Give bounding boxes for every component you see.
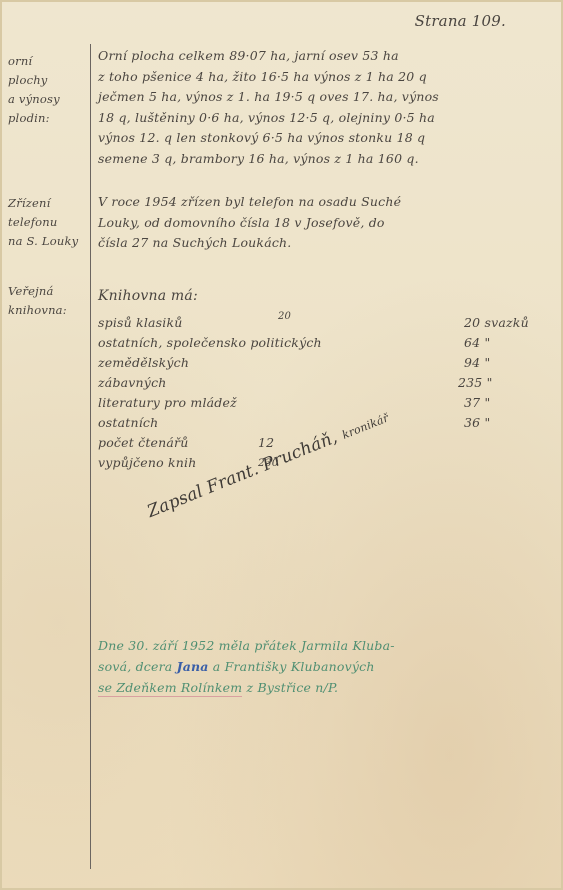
library-row: literatury pro mládež 37 " <box>98 393 548 413</box>
loaned-label: vypůjčeno knih <box>98 453 196 474</box>
note-underlined-name: se Zdeňkem Rolínkem <box>98 680 242 697</box>
library-row: zemědělských 94 " <box>98 353 548 373</box>
library-heading: Knihovna má: <box>98 286 548 307</box>
side-label-line: knihovna: <box>8 301 88 320</box>
library-row: ostatních 36 " <box>98 413 548 433</box>
side-label-line: telefonu <box>8 213 88 232</box>
readers-label: počet čtenářů <box>98 433 188 454</box>
text-line: Louky, od domovního čísla 18 v Josefově,… <box>98 213 548 234</box>
margin-rule <box>90 44 91 869</box>
note-text: a Františky Klubanových <box>209 659 375 674</box>
note-text: sová, dcera <box>98 659 177 674</box>
row-label: spisů klasiků <box>98 313 183 334</box>
text-line: čísla 27 na Suchých Loukách. <box>98 233 548 254</box>
row-value: 20 svazků <box>464 313 529 334</box>
crops-section: Orní plocha celkem 89·07 ha, jarní osev … <box>98 46 548 169</box>
library-row: zábavných 235 " <box>98 373 548 393</box>
row-value: 36 " <box>464 413 490 434</box>
library-row: ostatních, společensko politických 64 " <box>98 333 548 353</box>
text-line: 18 q, luštěniny 0·6 ha, výnos 12·5 q, ol… <box>98 108 548 129</box>
library-row: spisů klasiků 20 20 svazků <box>98 313 548 333</box>
side-label-line: plodin: <box>8 109 88 128</box>
note-line: sová, dcera Jana a Františky Klubanových <box>98 656 548 677</box>
row-note: 20 <box>278 307 291 328</box>
side-label-line: Veřejná <box>8 282 88 301</box>
row-label: ostatních <box>98 413 158 434</box>
note-line: se Zdeňkem Rolínkem z Bystřice n/P. <box>98 677 548 698</box>
note-highlight-name: Jana <box>177 659 209 674</box>
text-line: semene 3 q, brambory 16 ha, výnos z 1 ha… <box>98 149 548 170</box>
note-line: Dne 30. září 1952 měla přátek Jarmila Kl… <box>98 635 548 656</box>
row-value: 37 " <box>464 393 490 414</box>
row-label: zábavných <box>98 373 167 394</box>
text-line: ječmen 5 ha, výnos z 1. ha 19·5 q oves 1… <box>98 87 548 108</box>
row-label: ostatních, společensko politických <box>98 333 322 354</box>
side-label-line: na S. Louky <box>8 232 88 251</box>
birth-note: Dne 30. září 1952 měla přátek Jarmila Kl… <box>98 635 548 698</box>
row-label: zemědělských <box>98 353 189 374</box>
row-value: 94 " <box>464 353 490 374</box>
side-label-line: plochy <box>8 71 88 90</box>
chronicle-page: Strana 109. orní plochy a výnosy plodin:… <box>0 0 563 890</box>
text-line: výnos 12. q len stonkový 6·5 ha výnos st… <box>98 128 548 149</box>
readers-value: 12 <box>258 433 274 454</box>
side-label-library: Veřejná knihovna: <box>8 282 88 320</box>
telephone-section: V roce 1954 zřízen byl telefon na osadu … <box>98 192 548 254</box>
row-value: 64 " <box>464 333 490 354</box>
page-number: Strana 109. <box>415 12 506 30</box>
side-label-telephone: Zřízení telefonu na S. Louky <box>8 194 88 251</box>
row-label: literatury pro mládež <box>98 393 237 414</box>
side-label-line: orní <box>8 52 88 71</box>
text-line: V roce 1954 zřízen byl telefon na osadu … <box>98 192 548 213</box>
side-label-line: Zřízení <box>8 194 88 213</box>
side-label-crops: orní plochy a výnosy plodin: <box>8 52 88 128</box>
side-label-line: a výnosy <box>8 90 88 109</box>
note-text: z Bystřice n/P. <box>242 680 338 695</box>
text-line: Orní plocha celkem 89·07 ha, jarní osev … <box>98 46 548 67</box>
row-value: 235 " <box>458 373 493 394</box>
text-line: z toho pšenice 4 ha, žito 16·5 ha výnos … <box>98 67 548 88</box>
loaned-row: vypůjčeno knih 230 <box>98 453 548 473</box>
